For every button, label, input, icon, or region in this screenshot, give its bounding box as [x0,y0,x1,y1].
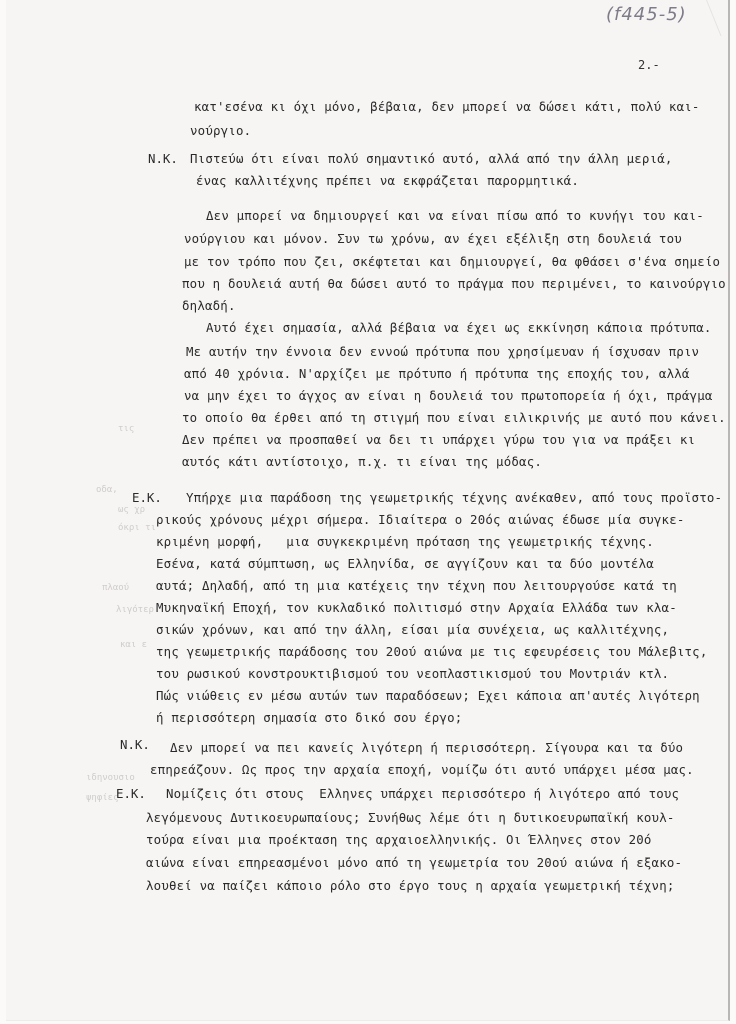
text-line: κριμένη μορφή, μια συγκεκριμένη πρόταση … [156,534,654,549]
text-line: επηρεάζουν. Ως προς την αρχαία εποχή, νο… [150,762,694,777]
show-through-text: και ε [120,640,147,650]
text-line: αυτά; Δηλαδή, από τη μια κατέχεις την τέ… [156,578,677,593]
speaker-label: Ν.Κ. [148,151,178,166]
speaker-label: Ν.Κ. [120,737,150,752]
text-line: νούργιο. [190,123,251,138]
text-line: το οποίο θα έρθει από τη στιγμή που είνα… [182,410,726,425]
show-through-text: ως χρ [118,505,145,515]
text-line: Υπήρχε μια παράδοση της γεωμετρικής τέχν… [186,490,722,505]
text-line: Πιστεύω ότι είναι πολύ σημαντικό αυτό, α… [190,151,673,166]
show-through-text: οδα, [96,485,118,495]
archive-reference-handwritten: (f445-5) [606,4,687,25]
text-line: Πώς νιώθεις εν μέσω αυτών των παραδόσεων… [156,688,700,703]
text-line: από 40 χρόνια. Ν'αρχίζει με πρότυπο ή πρ… [184,366,690,381]
text-line: Δεν πρέπει να προσπαθεί να δει τι υπάρχε… [182,432,695,447]
text-line: σικών χρόνων, και από την άλλη, είσαι μί… [156,622,669,637]
show-through-text: τις [118,424,134,434]
text-line: ένας καλλιτέχνης πρέπει να εκφράζεται πα… [196,173,579,188]
show-through-text: πλαού [102,583,129,593]
text-line: που η δουλειά αυτή θα δώσει αυτό το πράγ… [182,276,726,291]
text-line: Νομίζεις ότι στους Ελληνες υπάρχει περισ… [166,786,679,801]
show-through-text: λιγότερ [116,605,154,615]
speaker-label: Ε.Κ. [116,786,146,801]
show-through-text: ψηφίες [86,793,119,803]
text-line: της γεωμετρικής παράδοσης του 20ού αιώνα… [156,644,708,659]
text-line: Δεν μπορεί να δημιουργεί και να είναι πί… [206,208,704,223]
show-through-text: όκρι τι [118,523,156,533]
text-line: Με αυτήν την έννοια δεν εννοώ πρότυπα πο… [186,344,699,359]
document-page: (f445-5) 2.- τις οδα, ως χρ όκρι τι πλαο… [6,0,730,1021]
text-line: Αυτό έχει σημασία, αλλά βέβαια να έχει ω… [206,320,712,335]
text-line: λουθεί να παίζει κάποιο ρόλο στο έργο το… [146,878,675,893]
text-line: να μην έχει το άγχος αν είναι η δουλειά … [184,388,713,403]
page-number: 2.- [638,58,660,72]
text-line: Μυκηναϊκή Εποχή, τον κυκλαδικό πολιτισμό… [156,600,677,615]
text-line: αιώνα είναι επηρεασμένοι μόνο από τη γεω… [146,855,682,870]
text-line: λεγόμενους Δυτικοευρωπαίους; Συνήθως λέμ… [146,810,675,825]
text-line: νούργιου και μόνον. Συν τω χρόνω, αν έχε… [184,231,682,246]
text-line: αυτός κάτι αντίστοιχο, π.χ. τι είναι της… [182,454,542,469]
page-fold-mark [706,0,736,36]
text-line: Δεν μπορεί να πει κανείς λιγότερη ή περι… [170,740,683,755]
text-line: δηλαδή. [182,298,236,313]
text-line: ή περισσότερη σημασία στο δικό σου έργο; [156,710,462,725]
show-through-text: ιδηνουσιο [86,773,135,783]
text-line: Εσένα, κατά σύμπτωση, ως Ελληνίδα, σε αγ… [156,556,654,571]
text-line: με τον τρόπο που ζει, σκέφτεται και δημι… [184,254,720,269]
text-line: τούρα είναι μια προέκταση της αρχαιοελλη… [146,832,652,847]
speaker-label: Ε.Κ. [132,490,162,505]
text-line: ρικούς χρόνους μέχρι σήμερα. Ιδιαίτερα ο… [156,512,685,527]
text-line: κατ'εσένα κι όχι μόνο, βέβαια, δεν μπορε… [194,99,700,114]
text-line: του ρωσικού κονστρουκτιβισμού του νεοπλα… [156,666,669,681]
